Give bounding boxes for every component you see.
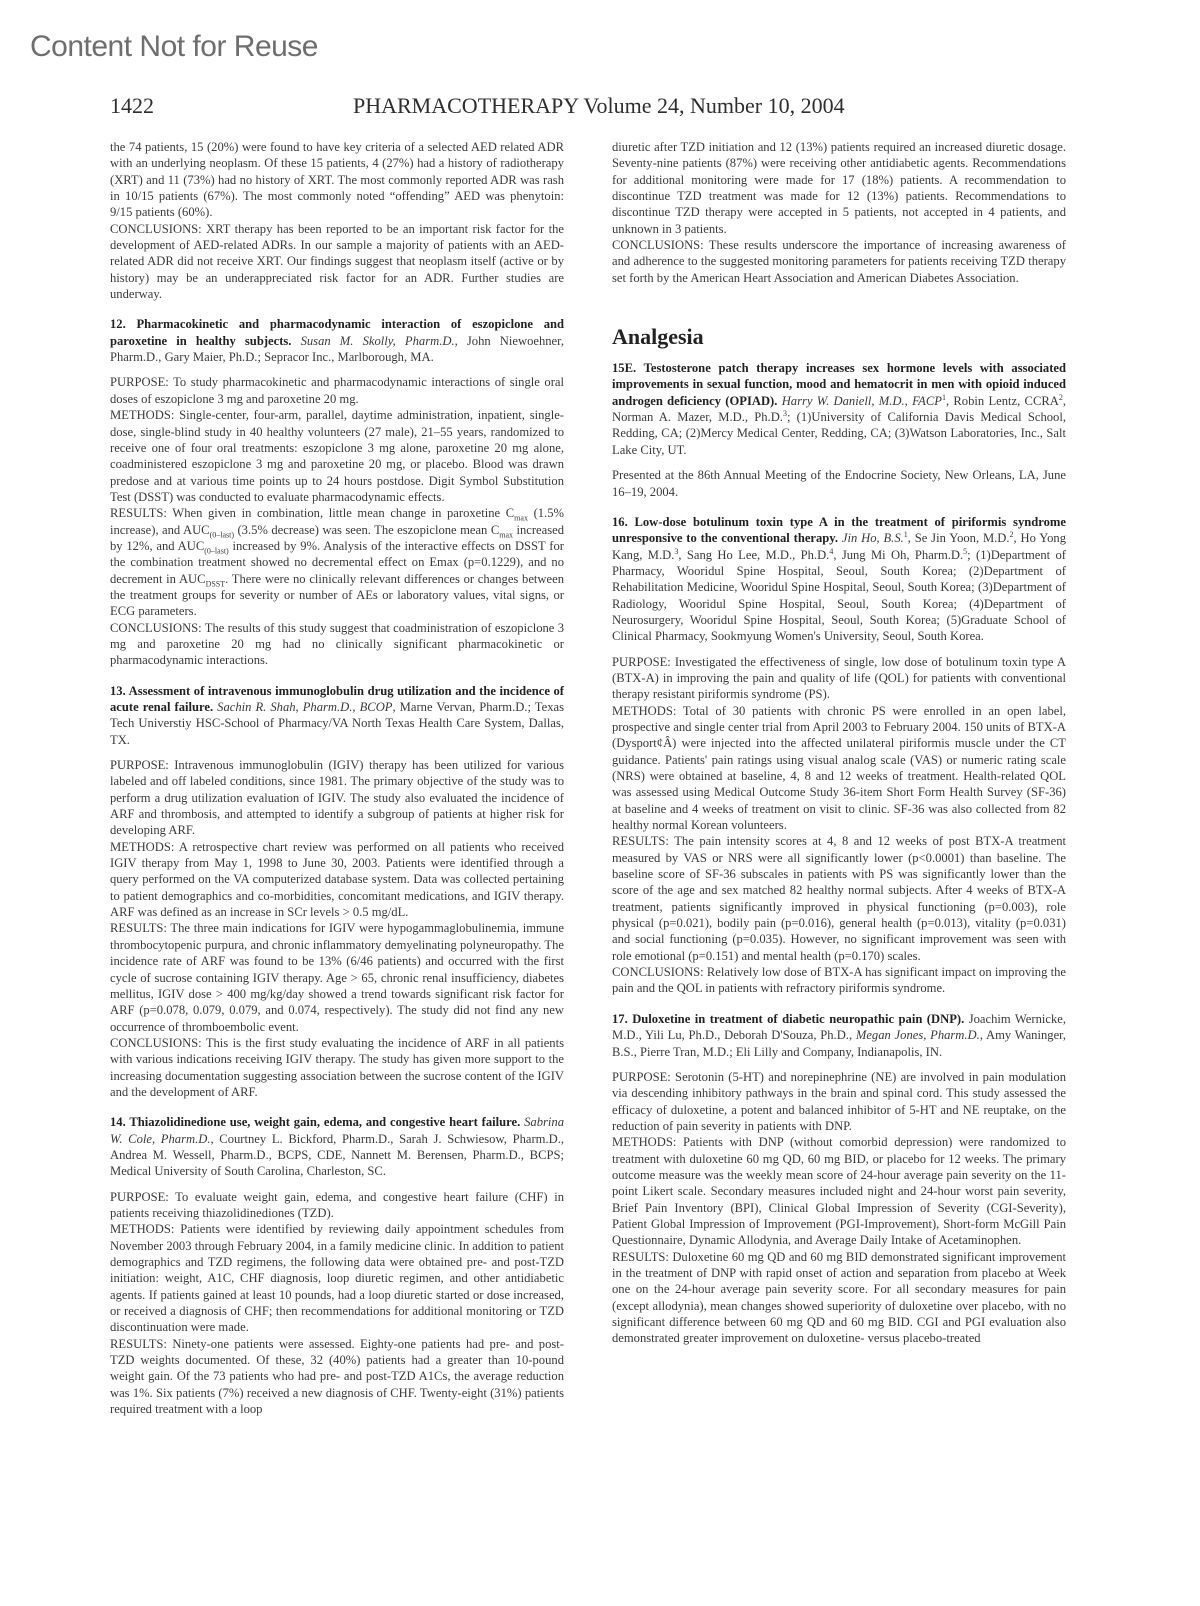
authors: , Se Jin Yoon, M.D.: [908, 531, 1010, 545]
presenting-author: Megan Jones, Pharm.D.: [856, 1028, 980, 1042]
presentation-note: Presented at the 86th Annual Meeting of …: [612, 467, 1066, 500]
presenting-author: Sachin R. Shah, Pharm.D., BCOP: [217, 700, 392, 714]
authors: , Robin Lentz, CCRA: [946, 394, 1059, 408]
abstract-14: 14. Thiazolidinedione use, weight gain, …: [110, 1114, 564, 1417]
right-column: diuretic after TZD initiation and 12 (13…: [612, 139, 1066, 1356]
purpose-paragraph: PURPOSE: Investigated the effectiveness …: [612, 654, 1066, 703]
abstract-13: 13. Assessment of intravenous immunoglob…: [110, 683, 564, 1101]
purpose-paragraph: PURPOSE: To evaluate weight gain, edema,…: [110, 1189, 564, 1222]
watermark: Content Not for Reuse: [30, 30, 318, 64]
conclusions-paragraph: CONCLUSIONS: The results of this study s…: [110, 620, 564, 669]
authors: , Jung Mi Oh, Pharm.D.: [833, 548, 963, 562]
conclusions-paragraph: CONCLUSIONS: XRT therapy has been report…: [110, 221, 564, 303]
subscript: (0–last): [210, 530, 234, 539]
abstract-header: 15E. Testosterone patch therapy increase…: [612, 360, 1066, 458]
abstract-title: 14. Thiazolidinedione use, weight gain, …: [110, 1115, 520, 1129]
abstract-16: 16. Low-dose botulinum toxin type A in t…: [612, 514, 1066, 997]
methods-paragraph: METHODS: Patients with DNP (without como…: [612, 1134, 1066, 1248]
purpose-paragraph: PURPOSE: Intravenous immunoglobulin (IGI…: [110, 757, 564, 839]
abstract-header: 16. Low-dose botulinum toxin type A in t…: [612, 514, 1066, 645]
conclusions-paragraph: CONCLUSIONS: These results underscore th…: [612, 237, 1066, 286]
page-number: 1422: [110, 93, 154, 119]
running-header: 1422 PHARMACOTHERAPY Volume 24, Number 1…: [110, 93, 1066, 123]
section-heading-analgesia: Analgesia: [612, 324, 1066, 350]
results-paragraph: RESULTS: Duloxetine 60 mg QD and 60 mg B…: [612, 1249, 1066, 1347]
presenting-author: Harry W. Daniell, M.D., FACP: [782, 394, 942, 408]
continued-paragraph: diuretic after TZD initiation and 12 (13…: [612, 139, 1066, 237]
abstract-12: 12. Pharmacokinetic and pharmacodynamic …: [110, 316, 564, 668]
results-text: RESULTS: When given in combination, litt…: [110, 506, 514, 520]
abstract-15e: 15E. Testosterone patch therapy increase…: [612, 360, 1066, 500]
methods-paragraph: METHODS: A retrospective chart review wa…: [110, 839, 564, 921]
abstract-header: 12. Pharmacokinetic and pharmacodynamic …: [110, 316, 564, 365]
abstract-14-continued: diuretic after TZD initiation and 12 (13…: [612, 139, 1066, 286]
presenting-author: Jin Ho, B.S.: [842, 531, 904, 545]
results-text: (3.5% decrease) was seen. The eszopiclon…: [234, 523, 499, 537]
results-paragraph: RESULTS: When given in combination, litt…: [110, 505, 564, 619]
results-paragraph: RESULTS: The pain intensity scores at 4,…: [612, 833, 1066, 964]
subscript: DSST: [206, 579, 226, 588]
methods-paragraph: METHODS: Patients were identified by rev…: [110, 1221, 564, 1335]
authors: , Sang Ho Lee, M.D., Ph.D.: [678, 548, 829, 562]
purpose-paragraph: PURPOSE: To study pharmacokinetic and ph…: [110, 374, 564, 407]
conclusions-paragraph: CONCLUSIONS: Relatively low dose of BTX-…: [612, 964, 1066, 997]
journal-title: PHARMACOTHERAPY Volume 24, Number 10, 20…: [353, 93, 845, 119]
subscript: max: [514, 514, 528, 523]
abstract-title: 17. Duloxetine in treatment of diabetic …: [612, 1012, 964, 1026]
left-column: the 74 patients, 15 (20%) were found to …: [110, 139, 564, 1426]
abstract-header: 17. Duloxetine in treatment of diabetic …: [612, 1011, 1066, 1060]
abstract-header: 14. Thiazolidinedione use, weight gain, …: [110, 1114, 564, 1179]
results-paragraph: RESULTS: Ninety-one patients were assess…: [110, 1336, 564, 1418]
abstract-11-continued: the 74 patients, 15 (20%) were found to …: [110, 139, 564, 302]
purpose-paragraph: PURPOSE: Serotonin (5-HT) and norepineph…: [612, 1069, 1066, 1134]
subscript: max: [499, 530, 513, 539]
abstract-17: 17. Duloxetine in treatment of diabetic …: [612, 1011, 1066, 1347]
continued-paragraph: the 74 patients, 15 (20%) were found to …: [110, 139, 564, 221]
presenting-author: Susan M. Skolly, Pharm.D.: [301, 334, 455, 348]
abstract-header: 13. Assessment of intravenous immunoglob…: [110, 683, 564, 748]
methods-paragraph: METHODS: Single-center, four-arm, parall…: [110, 407, 564, 505]
conclusions-paragraph: CONCLUSIONS: This is the first study eva…: [110, 1035, 564, 1100]
methods-paragraph: METHODS: Total of 30 patients with chron…: [612, 703, 1066, 834]
results-paragraph: RESULTS: The three main indications for …: [110, 920, 564, 1034]
